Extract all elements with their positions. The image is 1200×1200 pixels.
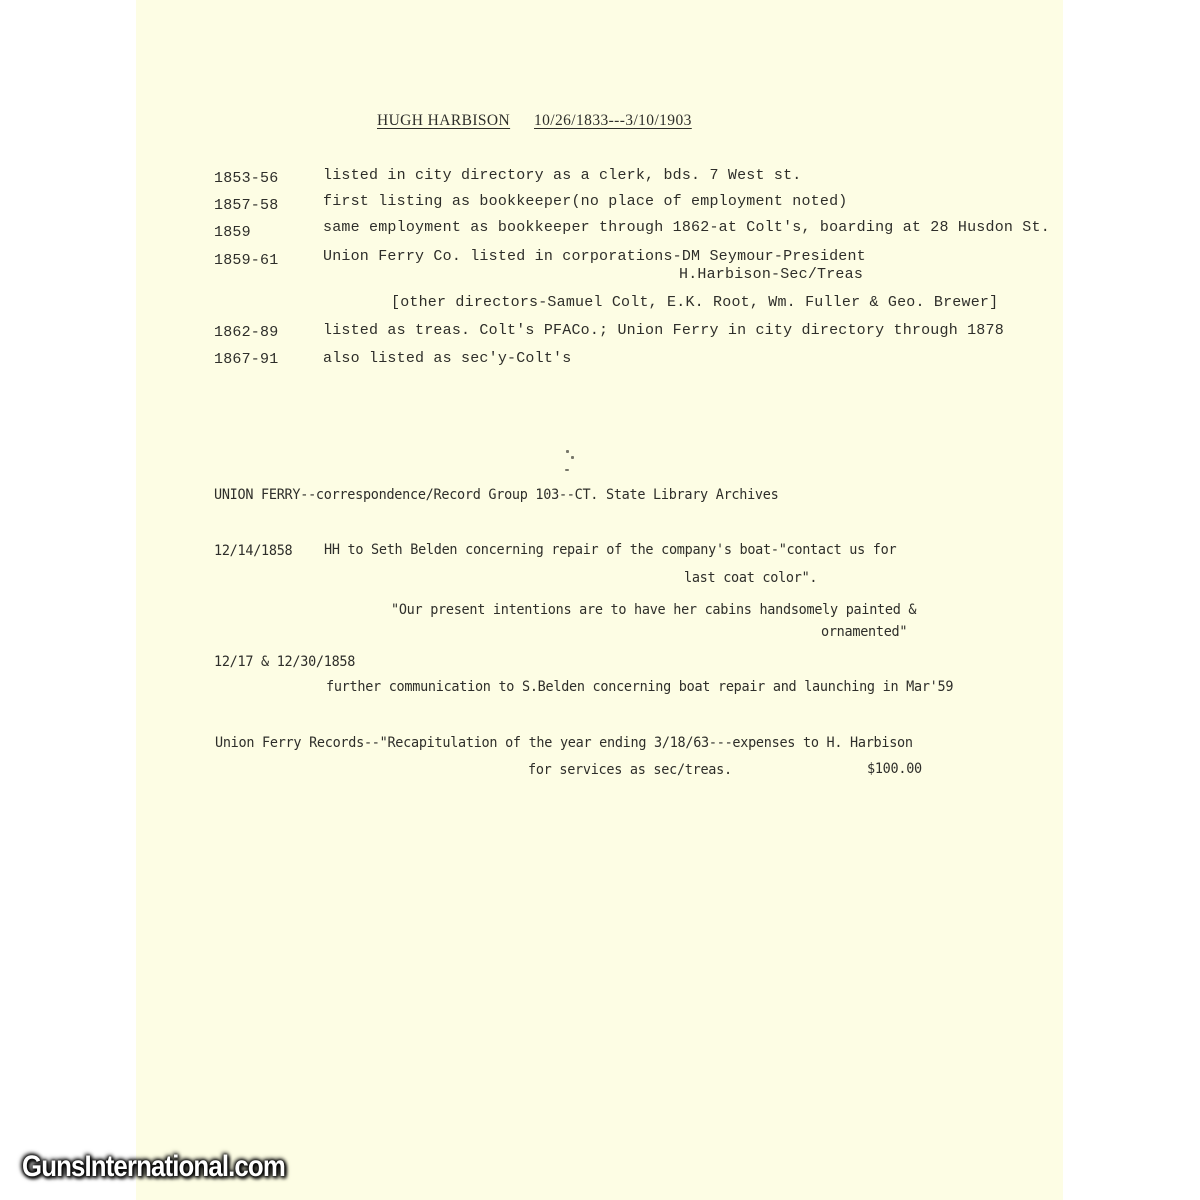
correspondence-text: further communication to S.Belden concer… <box>326 678 953 696</box>
timeline-years: 1857-58 <box>214 197 278 215</box>
timeline-text: listed in city directory as a clerk, bds… <box>323 167 801 185</box>
ink-smudge <box>571 456 574 459</box>
watermark-logo: GunsInternational.com <box>22 1150 285 1184</box>
records-continuation: for services as sec/treas. <box>528 761 732 779</box>
document-title-name: HUGH HARBISON <box>377 112 510 130</box>
timeline-years: 1853-56 <box>214 170 278 188</box>
section-heading: UNION FERRY--correspondence/Record Group… <box>214 486 778 504</box>
timeline-text: listed as treas. Colt's PFACo.; Union Fe… <box>323 322 1004 340</box>
timeline-text: also listed as sec'y-Colt's <box>323 350 571 368</box>
timeline-text: Union Ferry Co. listed in corporations-D… <box>323 248 866 266</box>
timeline-years: 1862-89 <box>214 324 278 342</box>
records-text: Union Ferry Records--"Recapitulation of … <box>215 734 913 752</box>
document-title-dates: 10/26/1833---3/10/1903 <box>534 112 692 130</box>
timeline-years: 1859-61 <box>214 252 278 270</box>
timeline-years: 1867-91 <box>214 351 278 369</box>
timeline-years: 1859 <box>214 224 251 242</box>
ink-smudge <box>565 469 569 471</box>
correspondence-quote: "Our present intentions are to have her … <box>391 601 916 619</box>
ink-smudge <box>566 450 569 453</box>
timeline-continuation: H.Harbison-Sec/Treas <box>679 266 863 284</box>
timeline-text: first listing as bookkeeper(no place of … <box>323 193 847 211</box>
records-amount: $100.00 <box>867 760 922 778</box>
correspondence-quote-continuation: ornamented" <box>821 623 907 641</box>
correspondence-continuation: last coat color". <box>684 569 817 587</box>
timeline-text: same employment as bookkeeper through 18… <box>323 219 1050 237</box>
timeline-text: [other directors-Samuel Colt, E.K. Root,… <box>391 294 998 312</box>
correspondence-text: HH to Seth Belden concerning repair of t… <box>324 541 896 559</box>
correspondence-date: 12/17 & 12/30/1858 <box>214 653 355 671</box>
correspondence-date: 12/14/1858 <box>214 542 292 560</box>
